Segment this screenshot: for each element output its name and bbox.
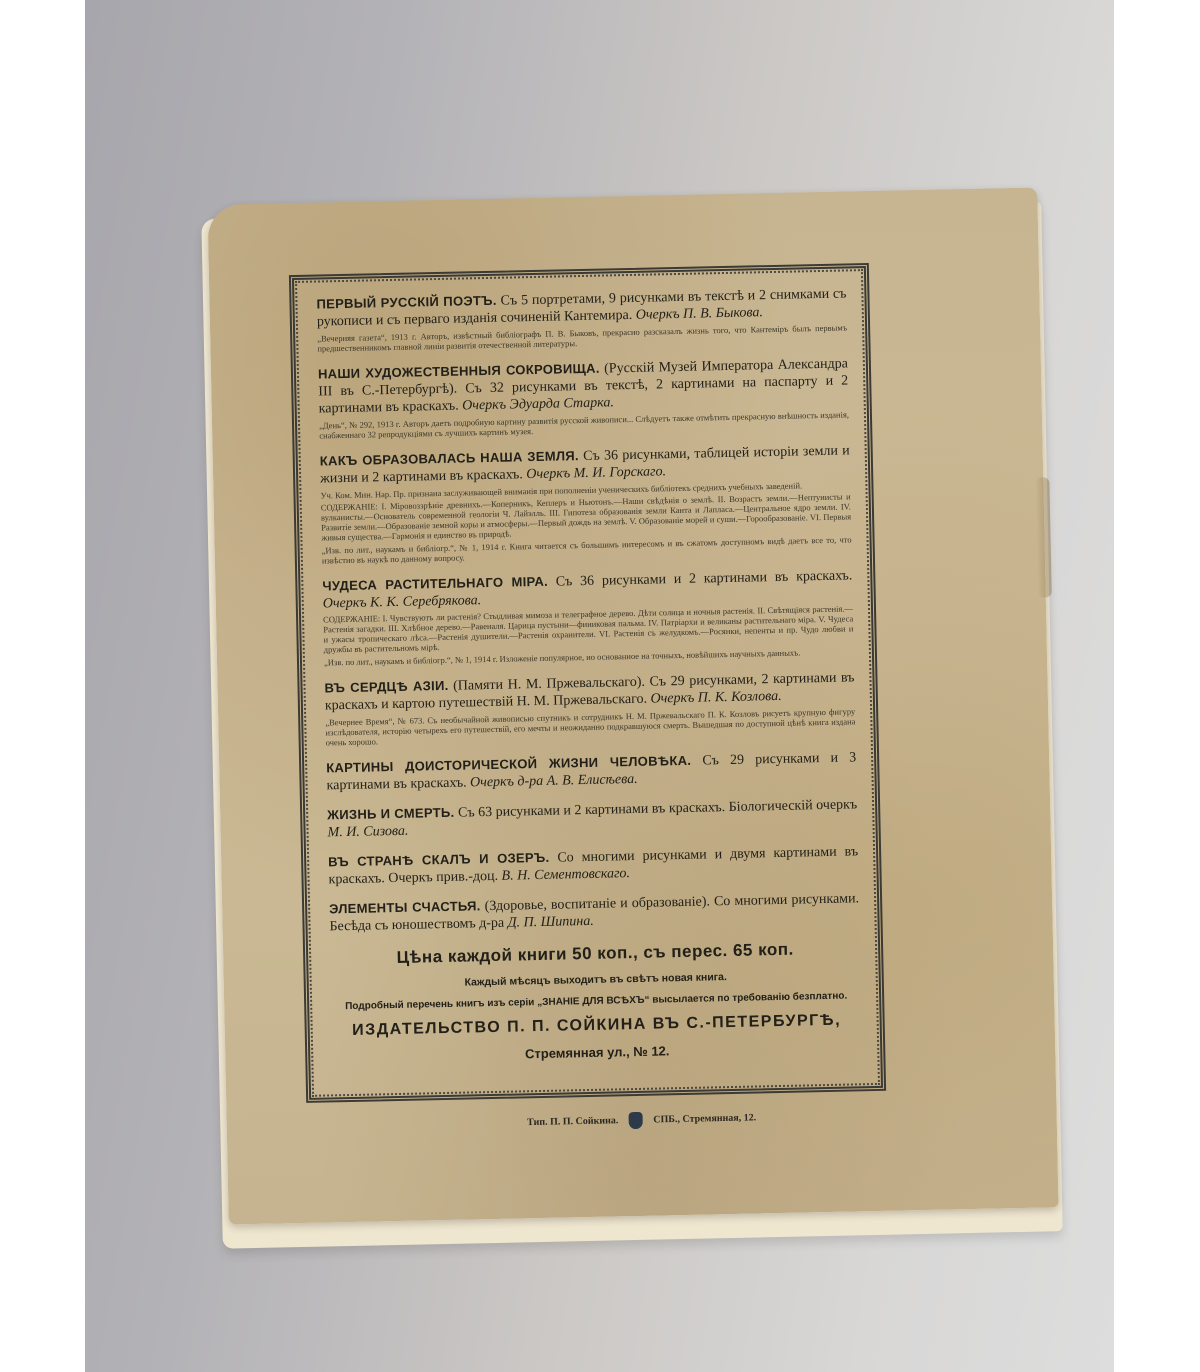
book-list: ПЕРВЫЙ РУССКІЙ ПОЭТЪ. Съ 5 портретами, 9… — [316, 284, 859, 935]
book-entry-text: ВЪ СТРАНѢ СКАЛЪ И ОЗЕРЪ. Со многими рису… — [328, 842, 859, 888]
book-author: М. И. Сизова. — [327, 824, 408, 841]
book-entry-text: ЖИЗНЬ И СМЕРТЬ. Съ 63 рисунками и 2 карт… — [327, 795, 858, 841]
book-author: Очеркъ М. И. Горскаго. — [526, 464, 666, 482]
torn-edge — [1035, 477, 1052, 597]
book-description: Съ 63 рисунками и 2 картинами въ красках… — [458, 797, 857, 820]
book-title: ЧУДЕСА РАСТИТЕЛЬНАГО МІРА. — [322, 574, 548, 594]
book-author: Очеркъ К. К. Серебрякова. — [323, 593, 482, 611]
book-title: ВЪ СТРАНѢ СКАЛЪ И ОЗЕРЪ. — [328, 850, 550, 870]
book-title: ВЪ СЕРДЦѢ АЗІИ. — [324, 678, 448, 696]
book-author: Очеркъ д-ра А. В. Елисѣева. — [470, 772, 638, 791]
book-author: Очеркъ Эдуарда Старка. — [462, 395, 614, 413]
book-contents: СОДЕРЖАНІЕ: I. Міровоззрѣніе древнихъ.—К… — [321, 491, 852, 542]
book-author: Очеркъ П. К. Козлова. — [650, 689, 781, 707]
book-entry: ВЪ СТРАНѢ СКАЛЪ И ОЗЕРЪ. Со многими рису… — [328, 842, 859, 888]
book-entry-text: КАРТИНЫ ДОИСТОРИЧЕСКОЙ ЖИЗНИ ЧЕЛОВѢКА. С… — [326, 748, 857, 794]
catalog-notice: Подробный перечень книгъ изъ серіи „ЗНАН… — [331, 990, 861, 1012]
book-entry: ВЪ СЕРДЦѢ АЗІИ. (Памяти Н. М. Пржевальск… — [324, 668, 855, 747]
book-entry: ЭЛЕМЕНТЫ СЧАСТЬЯ. (Здоровье, воспитаніе … — [329, 889, 860, 935]
book-title: ЖИЗНЬ И СМЕРТЬ. — [327, 805, 455, 823]
book-title: ЭЛЕМЕНТЫ СЧАСТЬЯ. — [329, 898, 481, 916]
book-entry: НАШИ ХУДОЖЕСТВЕННЫЯ СОКРОВИЩА. (Русскій … — [318, 354, 849, 440]
monthly-notice: Каждый мѣсяцъ выходитъ въ свѣтъ новая кн… — [331, 968, 861, 991]
book-author: Очеркъ П. В. Быкова. — [636, 305, 764, 323]
book-title: НАШИ ХУДОЖЕСТВЕННЫЯ СОКРОВИЩА. — [318, 361, 600, 382]
book-entry-text: ЭЛЕМЕНТЫ СЧАСТЬЯ. (Здоровье, воспитаніе … — [329, 889, 860, 935]
book-contents: СОДЕРЖАНІЕ: I. Чувствуютъ ли растенія? С… — [323, 603, 854, 654]
book-entry: ЖИЗНЬ И СМЕРТЬ. Съ 63 рисунками и 2 карт… — [327, 795, 858, 841]
book-title: ПЕРВЫЙ РУССКІЙ ПОЭТЪ. — [316, 293, 496, 312]
book-author: В. Н. Сементовскаго. — [501, 866, 630, 884]
book-back-cover: ПЕРВЫЙ РУССКІЙ ПОЭТЪ. Съ 5 портретами, 9… — [207, 187, 1058, 1224]
imprint-left: Тип. П. П. Сойкина. — [527, 1115, 618, 1128]
crest-emblem-icon — [629, 1112, 643, 1129]
publisher-name: ИЗДАТЕЛЬСТВО П. П. СОЙКИНА ВЪ С.-ПЕТЕРБУ… — [332, 1011, 862, 1040]
book-entry: КАРТИНЫ ДОИСТОРИЧЕСКОЙ ЖИЗНИ ЧЕЛОВѢКА. С… — [326, 748, 857, 794]
imprint-right: СПБ., Стремянная, 12. — [653, 1112, 756, 1125]
printer-imprint: Тип. П. П. Сойкина. СПБ., Стремянная, 12… — [227, 1103, 1057, 1137]
book-entry-text: НАШИ ХУДОЖЕСТВЕННЫЯ СОКРОВИЩА. (Русскій … — [318, 354, 849, 417]
book-author: Д. П. Шипина. — [508, 914, 594, 931]
book-description: Съ 36 рисунками и 2 картинами въ красках… — [556, 568, 853, 589]
book-title: КАКЪ ОБРАЗОВАЛАСЬ НАША ЗЕМЛЯ. — [320, 448, 579, 468]
publisher-address: Стремянная ул., № 12. — [332, 1039, 862, 1065]
book-entry: ПЕРВЫЙ РУССКІЙ ПОЭТЪ. Съ 5 портретами, 9… — [316, 284, 847, 353]
book-entry: ЧУДЕСА РАСТИТЕЛЬНАГО МІРА. Съ 36 рисунка… — [322, 566, 854, 667]
advertisement-footer: Цѣна каждой книги 50 коп., съ перес. 65 … — [330, 938, 862, 1065]
book-entry: КАКЪ ОБРАЗОВАЛАСЬ НАША ЗЕМЛЯ. Съ 36 рису… — [320, 441, 852, 565]
photo-background: ПЕРВЫЙ РУССКІЙ ПОЭТЪ. Съ 5 портретами, 9… — [85, 0, 1114, 1372]
ornamental-frame: ПЕРВЫЙ РУССКІЙ ПОЭТЪ. Съ 5 портретами, 9… — [289, 263, 886, 1103]
price-line: Цѣна каждой книги 50 коп., съ перес. 65 … — [330, 938, 860, 969]
